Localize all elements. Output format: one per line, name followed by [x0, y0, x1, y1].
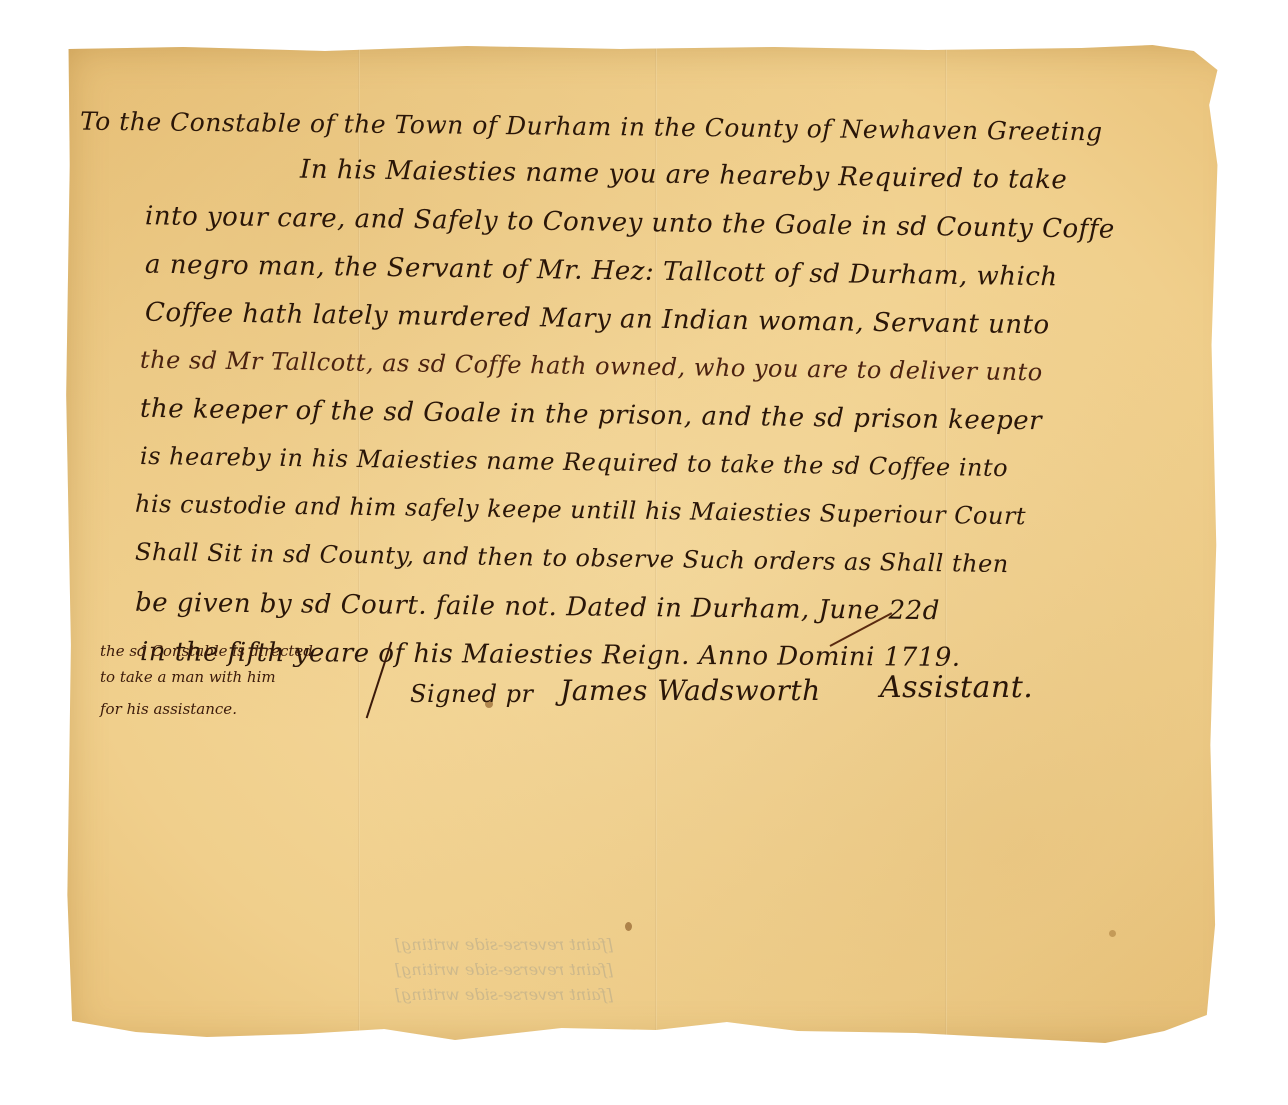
signature-prefix: Signed pr [410, 680, 533, 708]
signature-title: Assistant. [880, 670, 1033, 705]
ink-spot [625, 922, 632, 931]
margin-note-line: for his assistance. [100, 700, 237, 718]
signature-name: James Wadsworth [560, 674, 821, 707]
bleed-through-text: [faint reverse-side writing] [395, 985, 613, 1004]
ink-spot [1109, 930, 1116, 937]
fold-crease [945, 45, 947, 1045]
bleed-through-text: [faint reverse-side writing] [395, 935, 613, 954]
bleed-through-text: [faint reverse-side writing] [395, 960, 613, 979]
margin-note-line: to take a man with him [100, 668, 276, 686]
margin-note-line: the sd Constable is directed [100, 642, 313, 660]
